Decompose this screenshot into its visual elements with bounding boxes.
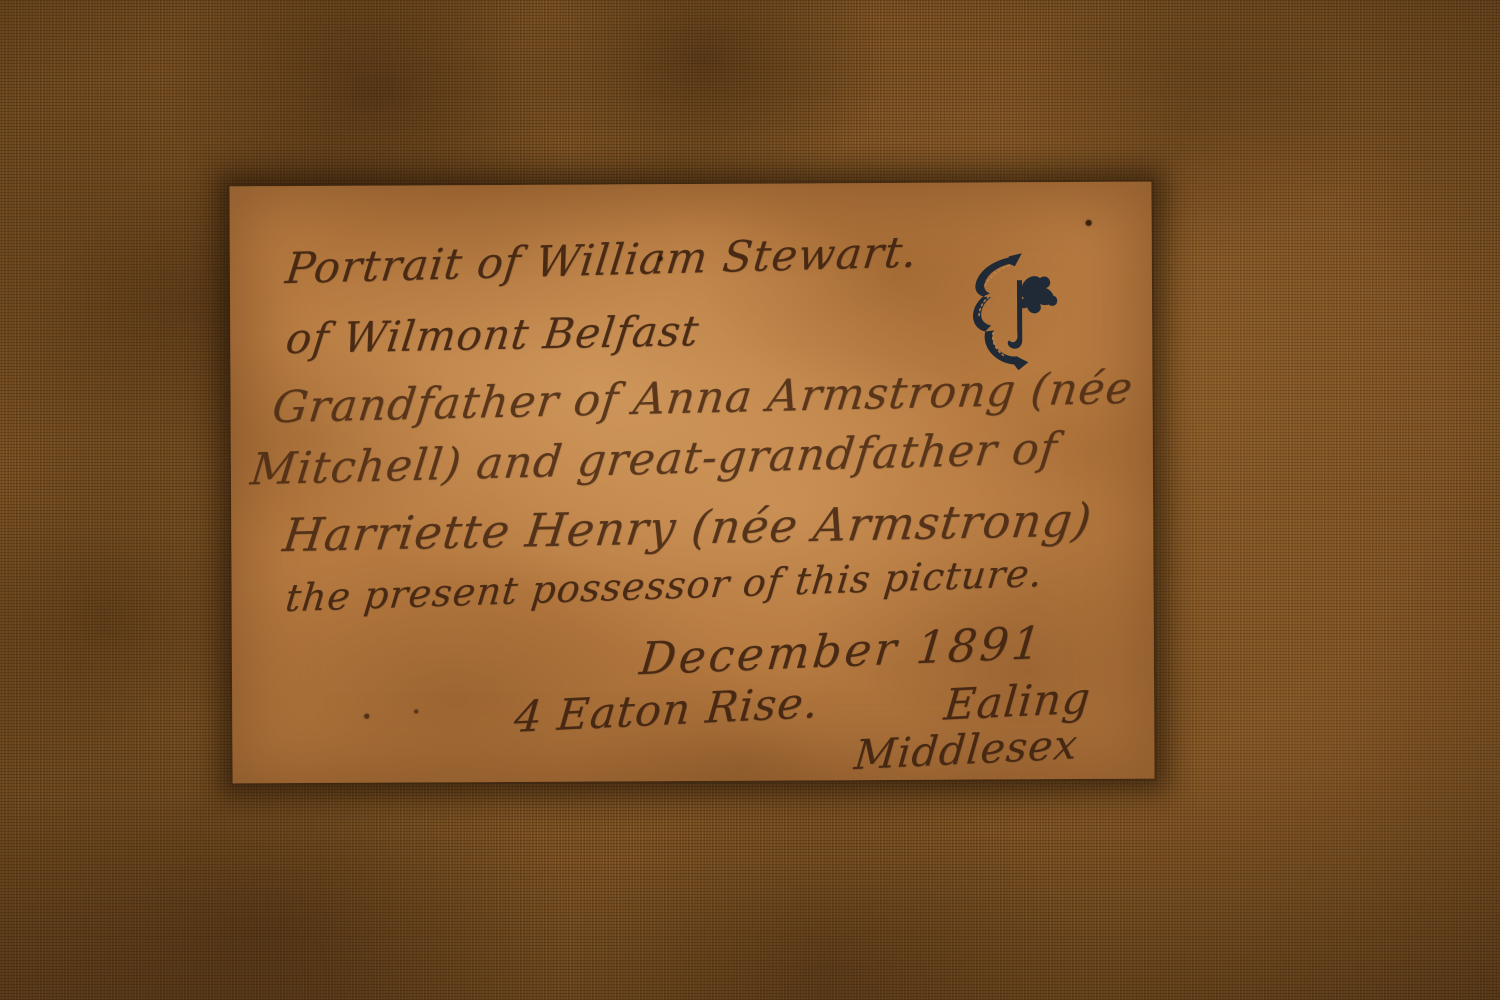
handwriting-line-possessor: the present possessor of this picture. (283, 551, 1045, 620)
handwriting-line-title: Portrait of William Stewart. (283, 228, 920, 295)
handwriting-line-middlesex: Middlesex (852, 720, 1080, 779)
photograph: Portrait of William Stewart. of Wilmont … (0, 0, 1500, 1000)
handwriting-line-place: of Wilmont Belfast (283, 306, 702, 363)
pinhole (364, 714, 369, 719)
handwriting-line-mitchell: Mitchell) and great-grandfather of (248, 423, 1060, 495)
handwriting-line-harriette: Harriette Henry (née Armstrong) (280, 493, 1095, 563)
handwriting-line-address: 4 Eaton Rise. (512, 678, 821, 743)
provenance-label-card: Portrait of William Stewart. of Wilmont … (229, 182, 1154, 784)
pinhole (414, 709, 418, 713)
heraldic-crest-icon (952, 252, 1073, 388)
pinhole (658, 256, 663, 261)
pinhole (1086, 220, 1092, 226)
handwriting-line-date: December 1891 (637, 616, 1046, 685)
